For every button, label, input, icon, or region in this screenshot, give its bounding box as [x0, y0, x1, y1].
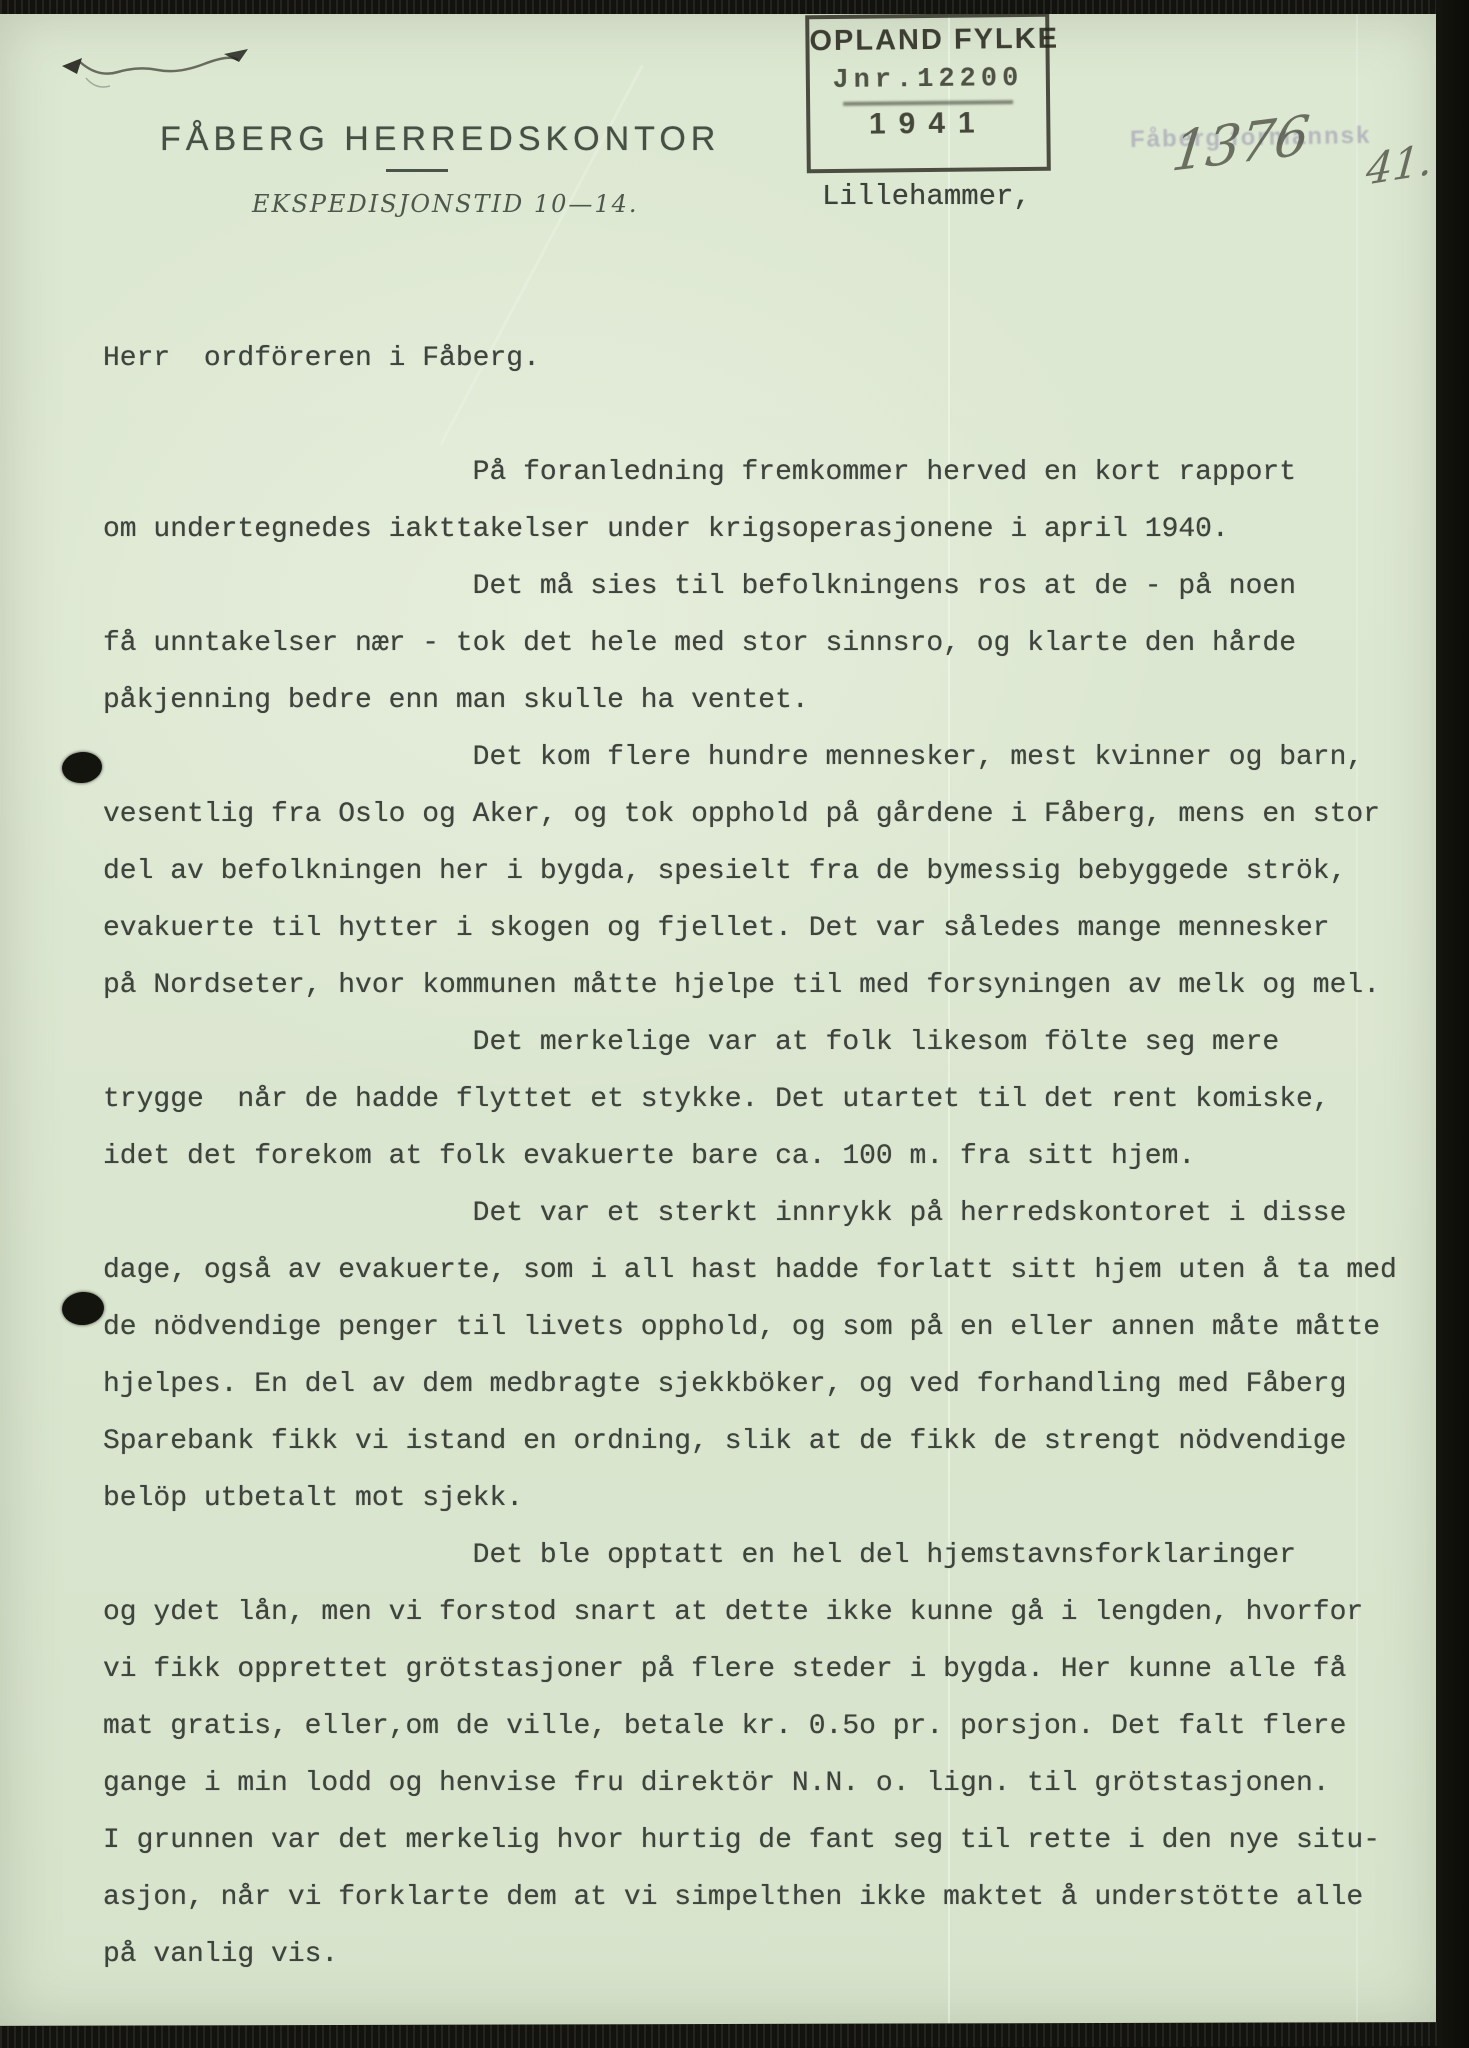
body-line: på Nordseter, hvor kommunen måtte hjelpe… [103, 957, 1443, 1014]
body-line: idet det forekom at folk evakuerte bare … [103, 1128, 1443, 1185]
body-line: gange i min lodd og henvise fru direktör… [103, 1755, 1443, 1812]
letter-body: Herr ordföreren i Fåberg. På foranlednin… [103, 330, 1443, 1983]
scan-edge-right [1436, 0, 1469, 2048]
scan-edge-bottom [0, 2022, 1438, 2048]
body-line: Det var et sterkt innrykk på herredskont… [103, 1185, 1443, 1242]
stamp-journal-number: Jnr.12200 [810, 64, 1046, 96]
stamp-smudge-line [843, 100, 1013, 106]
scan-edge-top [0, 0, 1469, 14]
body-line: asjon, når vi forklarte dem at vi simpel… [103, 1869, 1443, 1926]
body-line [103, 387, 1443, 444]
body-line: evakuerte til hytter i skogen og fjellet… [103, 900, 1443, 957]
body-line: få unntakelser nær - tok det hele med st… [103, 615, 1443, 672]
body-line: I grunnen var det merkelig hvor hurtig d… [103, 1812, 1443, 1869]
body-line: Sparebank fikk vi istand en ordning, sli… [103, 1413, 1443, 1470]
stamp-county-name: OPLAND FYLKE [809, 23, 1045, 58]
body-line: Det merkelige var at folk likesom fölte … [103, 1014, 1443, 1071]
place-date-line: Lillehammer, [822, 180, 1031, 213]
body-line: påkjenning bedre enn man skulle ha vente… [103, 672, 1443, 729]
body-line: Det ble opptatt en hel del hjemstavnsfor… [103, 1527, 1443, 1584]
body-line: om undertegnedes iakttakelser under krig… [103, 501, 1443, 558]
body-line: hjelpes. En del av dem medbragte sjekkbö… [103, 1356, 1443, 1413]
body-line: Det kom flere hundre mennesker, mest kvi… [103, 729, 1443, 786]
body-line: dage, også av evakuerte, som i all hast … [103, 1242, 1443, 1299]
body-line: trygge når de hadde flyttet et stykke. D… [103, 1071, 1443, 1128]
body-line: vi fikk opprettet grötstasjoner på flere… [103, 1641, 1443, 1698]
letterhead-divider [386, 169, 448, 172]
body-line: og ydet lån, men vi forstod snart at det… [103, 1584, 1443, 1641]
body-line: Det må sies til befolkningens ros at de … [103, 558, 1443, 615]
letterhead-hours: EKSPEDISJONSTID 10—14. [252, 190, 639, 218]
body-line: vesentlig fra Oslo og Aker, og tok oppho… [103, 786, 1443, 843]
letterhead-office-name: FÅBERG HERREDSKONTOR [160, 120, 720, 159]
pen-scribble-mark [56, 44, 276, 104]
journal-stamp-box: OPLAND FYLKE Jnr.12200 1941 [805, 13, 1051, 174]
body-line: del av befolkningen her i bygda, spesiel… [103, 843, 1443, 900]
body-line: de nödvendige penger til livets opphold,… [103, 1299, 1443, 1356]
stamp-year: 1941 [810, 106, 1046, 142]
salutation-line: Herr ordföreren i Fåberg. [103, 330, 1443, 387]
body-line: belöp utbetalt mot sjekk. [103, 1470, 1443, 1527]
body-line: mat gratis, eller,om de ville, betale kr… [103, 1698, 1443, 1755]
scanned-letter-page: FÅBERG HERREDSKONTOR EKSPEDISJONSTID 10—… [0, 0, 1469, 2048]
body-line: på vanlig vis. [103, 1926, 1443, 1983]
body-line: På foranledning fremkommer herved en kor… [103, 444, 1443, 501]
